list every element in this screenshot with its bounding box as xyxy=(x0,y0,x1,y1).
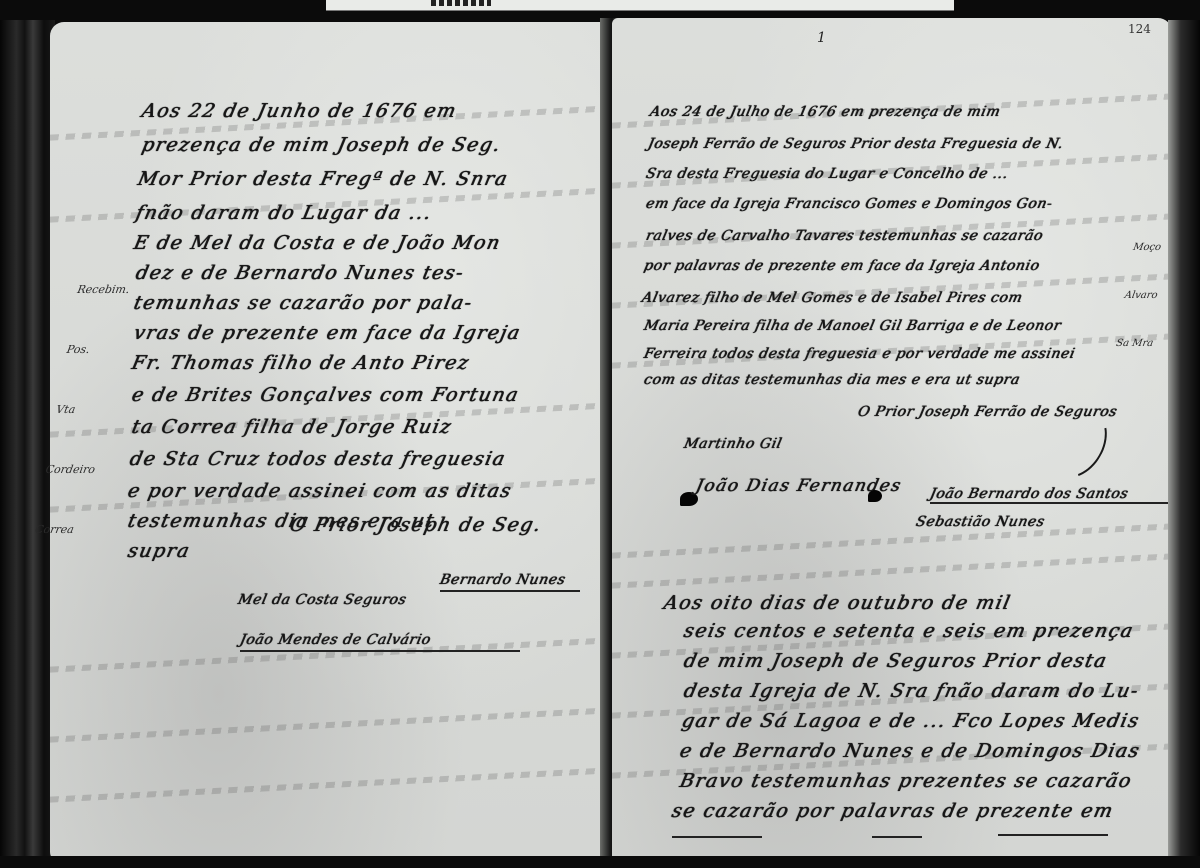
book-edge-bottom xyxy=(0,856,1200,868)
signature: João Mendes de Calvário xyxy=(238,632,432,648)
entry-line: vras de prezente em face da Igreja xyxy=(132,322,523,344)
entry-line: Aos 24 de Julho de 1676 em prezença de m… xyxy=(648,104,1002,120)
margin-note-line: Vta xyxy=(54,400,109,420)
bleed-through xyxy=(612,553,1172,588)
entry-line: e de Brites Gonçalves com Fortuna xyxy=(130,384,522,406)
entry-line: Maria Pereira filha de Manoel Gil Barrig… xyxy=(642,318,1062,334)
signature-underline xyxy=(440,590,580,592)
entry-line: Aos 22 de Junho de 1676 em xyxy=(140,100,459,122)
entry-line: gar de Sá Lagoa e de ... Fco Lopes Medis xyxy=(680,710,1142,732)
entry-line: prezença de mim Joseph de Seg. xyxy=(140,134,504,156)
margin-note-line: Moço xyxy=(1132,240,1172,256)
signature: Bernardo Nunes xyxy=(438,572,567,588)
signature: Sebastião Nunes xyxy=(914,514,1046,530)
entry-line: Joseph Ferrão de Seguros Prior desta Fre… xyxy=(646,136,1065,152)
book-binding-left xyxy=(0,20,55,868)
entry-line: por palavras de prezente em face da Igre… xyxy=(642,258,1041,274)
bleed-through xyxy=(50,767,610,802)
entry-line: Bravo testemunhas prezentes se cazarão xyxy=(678,770,1134,792)
entry-line: Alvarez filho de Mel Gomes e de Isabel P… xyxy=(640,290,1024,306)
page-rule xyxy=(672,836,762,838)
bleed-through xyxy=(612,523,1172,558)
margin-note-line: Recebim. xyxy=(76,280,131,300)
page-rule xyxy=(872,836,922,838)
entry-line: e por verdade assinei com as ditas xyxy=(126,480,514,502)
page-rule xyxy=(998,834,1108,836)
entry-line: E de Mel da Costa e de João Mon xyxy=(132,232,503,254)
signature-underline xyxy=(240,650,520,652)
entry-line: Ferreira todos desta freguesia e por ver… xyxy=(642,346,1076,362)
entry-line: Mor Prior desta Fregª de N. Snra xyxy=(136,168,511,190)
entry-line: Aos oito dias de outubro de mil xyxy=(662,592,1013,614)
ink-blot xyxy=(868,490,882,502)
entry-line: temunhas se cazarão por pala- xyxy=(132,292,475,314)
entry-line: com as ditas testemunhas dia mes e era u… xyxy=(642,372,1021,388)
entry-line: de Sta Cruz todos desta freguesia xyxy=(128,448,508,470)
entry-line: fnão daram do Lugar da ... xyxy=(134,202,434,224)
signature-underline xyxy=(930,502,1170,504)
archive-label-strip xyxy=(326,0,954,11)
entry-line: seis centos e setenta e seis em prezença xyxy=(682,620,1136,642)
entry-line: supra xyxy=(126,540,193,562)
label-text-fragment xyxy=(431,0,491,6)
margin-note-line: Sa Mra xyxy=(1115,336,1155,352)
entry-line: de mim Joseph de Seguros Prior desta xyxy=(682,650,1110,672)
entry-line: dez e de Bernardo Nunes tes- xyxy=(134,262,467,284)
entry-line: desta Igreja de N. Sra fnão daram do Lu- xyxy=(682,680,1141,702)
page-number: 124 xyxy=(1128,22,1151,36)
signature-prior: O Prior Joseph de Seg. xyxy=(288,514,544,536)
margin-note-line: Alvaro xyxy=(1123,288,1163,304)
signature: João Bernardo dos Santos xyxy=(928,486,1129,502)
folio-mark: 1 xyxy=(817,30,826,46)
margin-note-line: Cordeiro xyxy=(44,460,99,480)
book-edge-right xyxy=(1168,20,1200,868)
entry-line: ta Correa filha de Jorge Ruiz xyxy=(130,416,454,438)
entry-line: ralves de Carvalho Tavares testemunhas s… xyxy=(644,228,1044,244)
entry-line: se cazarão por palavras de prezente em xyxy=(670,800,1116,822)
margin-note-line: Pos. xyxy=(65,340,120,360)
bleed-through xyxy=(50,707,610,742)
entry-line: Sra desta Freguesia do Lugar e Concelho … xyxy=(644,166,1009,182)
margin-note-line: Correa xyxy=(33,520,88,540)
signature: Martinho Gil xyxy=(682,436,783,452)
signature: Mel da Costa Seguros xyxy=(236,592,408,608)
entry-line: Fr. Thomas filho de Anto Pirez xyxy=(130,352,472,374)
entry-line: em face da Igreja Francisco Gomes e Domi… xyxy=(644,196,1054,212)
entry-line: e de Bernardo Nunes e de Domingos Dias xyxy=(678,740,1143,762)
